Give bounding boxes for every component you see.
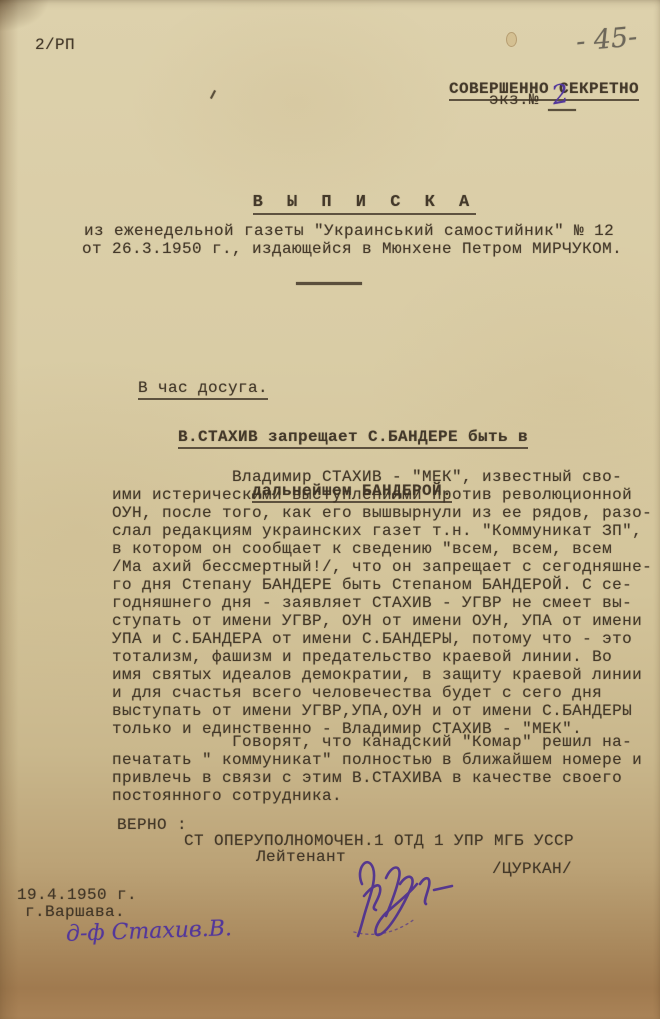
body-paragraph-2: Говорят, что канадский "Комар" решил на-… xyxy=(112,733,642,805)
article-heading-line: В.СТАХИВ запрещает С.БАНДЕРЕ быть в xyxy=(178,428,528,449)
certified-label: ВЕРНО : xyxy=(117,816,187,834)
body-line: /Ма ахий бессмертный!/, что он запрещает… xyxy=(112,558,652,576)
body-line: Владимир СТАХИВ - "МЕК", известный сво- xyxy=(112,468,652,486)
classification-label: СОВЕРШЕННО СЕКРЕТНО xyxy=(449,80,639,101)
document-title: В Ы П И С К А xyxy=(253,193,477,215)
body-line: имя святых идеалов демократии, в защиту … xyxy=(112,666,652,684)
body-line: тотализм, фашизм и предательство краевой… xyxy=(112,648,652,666)
separator-line xyxy=(296,282,362,285)
signature-scribble xyxy=(338,838,474,940)
body-line: привлечь в связи с этим В.СТАХИВА в каче… xyxy=(112,769,642,787)
body-line: ими истерическими выступлениями против р… xyxy=(112,486,652,504)
footer-date: 19.4.1950 г. xyxy=(17,886,137,904)
body-line: печатать " коммуникат" полностью в ближа… xyxy=(112,751,642,769)
body-line: ступать от имени УГВР, ОУН от имени ОУН,… xyxy=(112,612,652,630)
body-line: выступать от имени УГВР,УПА,ОУН и от име… xyxy=(112,702,652,720)
subtitle-line: от 26.3.1950 г., издающейся в Мюнхене Пе… xyxy=(82,240,622,258)
body-line: ОУН, после того, как его вышвырнули из е… xyxy=(112,504,652,522)
handwritten-note: д-ф Стахив.В. xyxy=(66,916,233,947)
ink-speck xyxy=(210,90,216,99)
body-line: УПА и С.БАНДЕРА от имени С.БАНДЕРЫ, пото… xyxy=(112,630,652,648)
body-paragraph-1: Владимир СТАХИВ - "МЕК", известный сво- … xyxy=(112,468,652,738)
body-line: постоянного сотрудника. xyxy=(112,787,642,805)
paper-speck xyxy=(506,32,517,47)
document-page: 2/РП - 45- СОВЕРШЕННО СЕКРЕТНО экз.№ 2 В… xyxy=(0,0,660,1019)
body-line: и для счастья всего человечества будет с… xyxy=(112,684,652,702)
footer-place: г.Варшава. xyxy=(25,903,125,921)
officer-name: /ЦУРКАН/ xyxy=(492,860,572,878)
body-line: слал редакциям украинских газет т.н. "Ко… xyxy=(112,522,652,540)
corner-code: 2/РП xyxy=(35,36,75,54)
subtitle-line: из еженедельной газеты "Украинський само… xyxy=(84,222,614,240)
handwritten-page-number: - 45- xyxy=(575,21,639,57)
body-line: Говорят, что канадский "Комар" решил на- xyxy=(112,733,642,751)
body-line: в котором он сообщает к сведению "всем, … xyxy=(112,540,652,558)
body-line: годняшнего дня - заявляет СТАХИВ - УГВР … xyxy=(112,594,652,612)
officer-rank: Лейтенант xyxy=(256,848,346,866)
body-line: го дня Степану БАНДЕРЕ быть Степаном БАН… xyxy=(112,576,652,594)
copy-label: экз.№ xyxy=(489,91,539,109)
